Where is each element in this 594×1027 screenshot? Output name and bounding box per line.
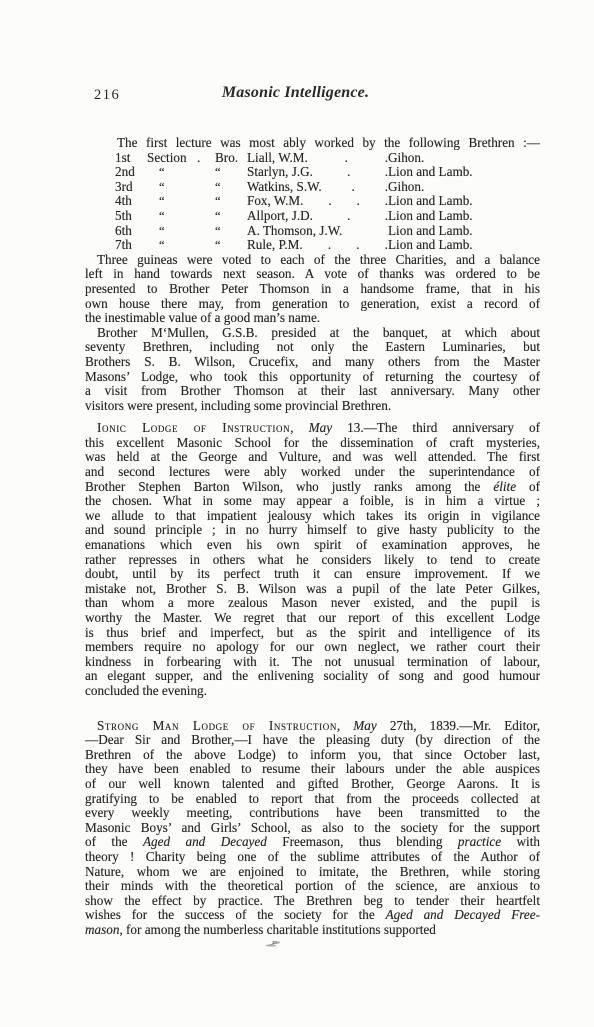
text-segment: left in hand towards next season. A vote… — [85, 266, 540, 281]
text-line: is thus brief and imperfect, but as the … — [85, 626, 540, 641]
text-segment: Brother Stephen Barton Wilson, who justl… — [85, 479, 493, 494]
leader-dot: . — [347, 165, 350, 180]
cell-name: Rule, P.M.... — [247, 238, 388, 253]
paragraph-charities-vote: Three guineas were voted to each of the … — [85, 253, 540, 326]
text-segment: mistake not, Brother S. B. Wilson was a … — [85, 581, 540, 596]
cell-section: “ — [159, 165, 165, 180]
text-segment: 27th, 1839.—Mr. Editor, — [377, 718, 540, 733]
text-line: gratifying to be enabled to report that … — [85, 792, 540, 807]
text-segment: , — [290, 420, 308, 435]
text-segment: and second lectures were ably worked und… — [85, 464, 540, 479]
text-segment-smallcaps: Strong Man Lodge of Instruction — [97, 718, 337, 733]
text-line: Brother M‘Mullen, G.S.B. presided at the… — [85, 326, 540, 341]
paragraph-strong-man-lodge: Strong Man Lodge of Instruction, May 27t… — [85, 719, 540, 938]
cell-name: Liall, W.M... — [247, 151, 388, 166]
brother-name: Rule, P.M. — [247, 238, 303, 253]
text-segment: presented to Brother Peter Thomson in a … — [85, 281, 540, 296]
text-segment: Masonic Boys’ and Girls’ School, as also… — [85, 820, 540, 835]
leader-dot: . — [328, 238, 331, 253]
text-line: of our well known talented and gifted Br… — [85, 777, 540, 792]
cell-name: Watkins, S.W... — [247, 180, 388, 195]
text-line: Brother Stephen Barton Wilson, who justl… — [85, 480, 540, 495]
text-segment: , — [337, 718, 353, 733]
cell-brother: “ — [215, 238, 221, 253]
intro-paragraph-slot: The first lecture was most ably worked b… — [85, 136, 540, 151]
text-segment: with — [501, 834, 540, 849]
text-segment: wishes for the success of the society fo… — [85, 907, 386, 922]
text-line: presented to Brother Peter Thomson in a … — [85, 282, 540, 297]
text-segment: is thus brief and imperfect, but as the … — [85, 625, 540, 640]
table-row: 4th““Fox, W.M....Lion and Lamb. — [85, 194, 540, 209]
cell-section: “ — [159, 224, 165, 239]
text-segment: worthy the Master. We regret that our re… — [85, 610, 540, 625]
cell-section: “ — [159, 209, 165, 224]
text-line: this excellent Masonic School for the di… — [85, 436, 540, 451]
text-segment: Freemason, thus blending — [267, 834, 458, 849]
text-line: Masons’ Lodge, who took this opportunity… — [85, 370, 540, 385]
text-segment: a visit from Brother Thomson at their la… — [85, 383, 540, 398]
cell-brother: “ — [215, 180, 221, 195]
text-line: they have been enabled to resume their l… — [85, 762, 540, 777]
text-segment-italic: Aged and Decayed — [143, 834, 267, 849]
cell-section: Section — [147, 151, 187, 166]
text-segment: members require no apology for our own n… — [85, 639, 540, 654]
text-line: —Dear Sir and Brother,—I have the pleasi… — [85, 733, 540, 748]
text-line: Three guineas were voted to each of the … — [85, 253, 540, 268]
text-segment: kindness in forbearing with it. The not … — [85, 654, 540, 669]
text-line: every weekly meeting, contributions have… — [85, 806, 540, 821]
text-line: emanations which even his own spirit of … — [85, 538, 540, 553]
cell-place: Gihon. — [388, 151, 424, 166]
text-segment: Nature, whom we are enjoined to imitate,… — [85, 864, 540, 879]
text-segment: 13.—The third anniversary of — [332, 420, 540, 435]
text-line: Brethren of the above Lodge) to inform y… — [85, 748, 540, 763]
text-segment: their minds with the theoretical portion… — [85, 878, 540, 893]
text-line: concluded the evening. — [85, 684, 540, 699]
text-line: was held at the George and Vulture, and … — [85, 450, 540, 465]
text-segment: we allude to that impatient jealousy whi… — [85, 508, 540, 523]
cell-brother: “ — [215, 224, 221, 239]
text-line: worthy the Master. We regret that our re… — [85, 611, 540, 626]
cell-place: Gihon. — [388, 180, 424, 195]
leader-dot: . — [347, 209, 350, 224]
text-segment: seventy Brethren, including not only the… — [85, 339, 540, 354]
lecture-table: 1stSection.Bro.Liall, W.M...Gihon.2nd““S… — [85, 151, 540, 253]
paragraph-lecture-intro: The first lecture was most ably worked b… — [85, 136, 540, 151]
cell-brother: Bro. — [215, 151, 238, 166]
text-line: theory ! Charity being one of the sublim… — [85, 850, 540, 865]
cell-ordinal: 4th — [115, 194, 132, 209]
text-segment: Brethren of the above Lodge) to inform y… — [85, 747, 540, 762]
cell-ordinal: 2nd — [115, 165, 135, 180]
text-segment: they have been enabled to resume their l… — [85, 761, 540, 776]
brother-name: Watkins, S.W. — [247, 180, 322, 195]
text-line: members require no apology for our own n… — [85, 640, 540, 655]
paragraphs: Three guineas were voted to each of the … — [85, 253, 540, 938]
text-line: visitors were present, including some pr… — [85, 399, 540, 414]
leader-dot: . — [356, 238, 359, 253]
text-segment: this excellent Masonic School for the di… — [85, 435, 540, 450]
text-line: show the effect by practice. The Brethre… — [85, 894, 540, 909]
text-segment: was held at the George and Vulture, and … — [85, 449, 540, 464]
table-row: 2nd““Starlyn, J.G...Lion and Lamb. — [85, 165, 540, 180]
text-segment: and sound principle ; in no hurry himsel… — [85, 522, 540, 537]
page-body-text: The first lecture was most ably worked b… — [85, 136, 540, 937]
text-segment-italic: Aged and Decayed Free- — [386, 907, 540, 922]
cell-brother: “ — [215, 209, 221, 224]
cell-section: “ — [159, 194, 165, 209]
brother-name: Fox, W.M. — [247, 194, 303, 209]
text-line: wishes for the success of the society fo… — [85, 908, 540, 923]
text-line: than whom a more zealous Mason never exi… — [85, 596, 540, 611]
text-segment: theory ! Charity being one of the sublim… — [85, 849, 540, 864]
text-line: mason, for among the numberless charitab… — [85, 923, 540, 938]
text-segment: Brother M‘Mullen, G.S.B. presided at the… — [97, 325, 540, 340]
text-line: the chosen. What in some may appear a fo… — [85, 494, 540, 509]
cell-place: Lion and Lamb. — [388, 209, 473, 224]
cell-name: Allport, J.D... — [247, 209, 388, 224]
text-segment: every weekly meeting, contributions have… — [85, 805, 540, 820]
cell-section: “ — [159, 238, 165, 253]
leader-dot: . — [345, 151, 348, 166]
brother-name: Allport, J.D. — [247, 209, 313, 224]
leader-dot: . — [328, 194, 331, 209]
cell-place: Lion and Lamb. — [388, 165, 473, 180]
text-segment: concluded the evening. — [85, 683, 207, 698]
text-segment: of — [516, 479, 540, 494]
text-segment: the chosen. What in some may appear a fo… — [85, 493, 540, 508]
text-segment: gratifying to be enabled to report that … — [85, 791, 540, 806]
text-segment: Brothers S. B. Wilson, Crucefix, and man… — [85, 354, 540, 369]
text-line: Masonic Boys’ and Girls’ School, as also… — [85, 821, 540, 836]
table-row: 5th““Allport, J.D...Lion and Lamb. — [85, 209, 540, 224]
text-segment-italic: mason — [85, 922, 119, 937]
text-line: kindness in forbearing with it. The not … — [85, 655, 540, 670]
text-segment-italic: élite — [493, 479, 516, 494]
text-segment-italic: May — [309, 420, 332, 435]
cell-ordinal: 5th — [115, 209, 132, 224]
brother-name: Liall, W.M. — [247, 151, 308, 166]
text-line: Nature, whom we are enjoined to imitate,… — [85, 865, 540, 880]
text-segment: emanations which even his own spirit of … — [85, 537, 540, 552]
text-line: mistake not, Brother S. B. Wilson was a … — [85, 582, 540, 597]
cell-ordinal: 1st — [115, 151, 130, 166]
text-line: seventy Brethren, including not only the… — [85, 340, 540, 355]
cell-section: “ — [159, 180, 165, 195]
text-segment: —Dear Sir and Brother,—I have the pleasi… — [85, 732, 540, 747]
cell-name: Starlyn, J.G... — [247, 165, 388, 180]
leader-dot: . — [357, 194, 360, 209]
brother-name: Starlyn, J.G. — [247, 165, 313, 180]
text-line: left in hand towards next season. A vote… — [85, 267, 540, 282]
table-row: 1stSection.Bro.Liall, W.M...Gihon. — [85, 151, 540, 166]
text-segment: the inestimable value of a good man’s na… — [85, 310, 320, 325]
text-line: a visit from Brother Thomson at their la… — [85, 384, 540, 399]
text-line: doubt, until by its perfect truth it can… — [85, 567, 540, 582]
cell-ordinal: 7th — [115, 238, 132, 253]
text-segment: doubt, until by its perfect truth it can… — [85, 566, 540, 581]
brother-name: A. Thomson, J.W. — [247, 224, 342, 239]
text-segment-italic: May — [353, 718, 376, 733]
cell-name: Fox, W.M.... — [247, 194, 388, 209]
scanned-book-page: 216 Masonic Intelligence. The first lect… — [0, 0, 594, 1027]
text-line: and second lectures were ably worked und… — [85, 465, 540, 480]
paragraph-ionic-lodge: Ionic Lodge of Instruction, May 13.—The … — [85, 421, 540, 698]
cell-ordinal: 3rd — [115, 180, 133, 195]
text-segment: of our well known talented and gifted Br… — [85, 776, 540, 791]
cell-name: A. Thomson, J.W. — [247, 224, 388, 239]
text-line: Strong Man Lodge of Instruction, May 27t… — [85, 719, 540, 734]
cell-place: Lion and Lamb. — [388, 224, 473, 239]
cell-brother: “ — [215, 194, 221, 209]
table-row: 7th““Rule, P.M....Lion and Lamb. — [85, 238, 540, 253]
page-header: 216 Masonic Intelligence. — [85, 86, 540, 108]
running-title: Masonic Intelligence. — [85, 84, 506, 102]
text-line: Ionic Lodge of Instruction, May 13.—The … — [85, 421, 540, 436]
cell-separator-dot: . — [197, 151, 200, 166]
text-line: rather represses in others what he consi… — [85, 553, 540, 568]
text-segment: The first lecture was most ably worked b… — [117, 135, 540, 150]
paragraph-banquet: Brother M‘Mullen, G.S.B. presided at the… — [85, 326, 540, 414]
text-segment: than whom a more zealous Mason never exi… — [85, 595, 540, 610]
text-line: their minds with the theoretical portion… — [85, 879, 540, 894]
cell-brother: “ — [215, 165, 221, 180]
text-line: an elegant supper, and the enlivening so… — [85, 669, 540, 684]
text-line: own house there may, from generation to … — [85, 297, 540, 312]
text-line: and sound principle ; in no hurry himsel… — [85, 523, 540, 538]
text-line: of the Aged and Decayed Freemason, thus … — [85, 835, 540, 850]
cell-place: Lion and Lamb. — [388, 194, 473, 209]
text-segment-smallcaps: Ionic Lodge of Instruction — [97, 420, 290, 435]
text-line: we allude to that impatient jealousy whi… — [85, 509, 540, 524]
text-segment: rather represses in others what he consi… — [85, 552, 540, 567]
text-segment: Masons’ Lodge, who took this opportunity… — [85, 369, 540, 384]
text-segment: of the — [85, 834, 143, 849]
cell-place: Lion and Lamb. — [388, 238, 473, 253]
text-line: Brothers S. B. Wilson, Crucefix, and man… — [85, 355, 540, 370]
table-row: 6th““A. Thomson, J.W.Lion and Lamb. — [85, 224, 540, 239]
table-row: 3rd““Watkins, S.W...Gihon. — [85, 180, 540, 195]
text-segment: visitors were present, including some pr… — [85, 398, 391, 413]
text-segment: an elegant supper, and the enlivening so… — [85, 668, 540, 683]
cell-ordinal: 6th — [115, 224, 132, 239]
text-segment: Three guineas were voted to each of the … — [97, 252, 540, 267]
ink-smudge-artifact — [259, 940, 273, 945]
text-line: the inestimable value of a good man’s na… — [85, 311, 540, 326]
text-segment: show the effect by practice. The Brethre… — [85, 893, 540, 908]
text-line: The first lecture was most ably worked b… — [85, 136, 540, 151]
text-segment: , for among the numberless charitable in… — [119, 922, 435, 937]
text-segment-italic: practice — [458, 834, 501, 849]
text-segment: own house there may, from generation to … — [85, 296, 540, 311]
leader-dot: . — [352, 180, 355, 195]
